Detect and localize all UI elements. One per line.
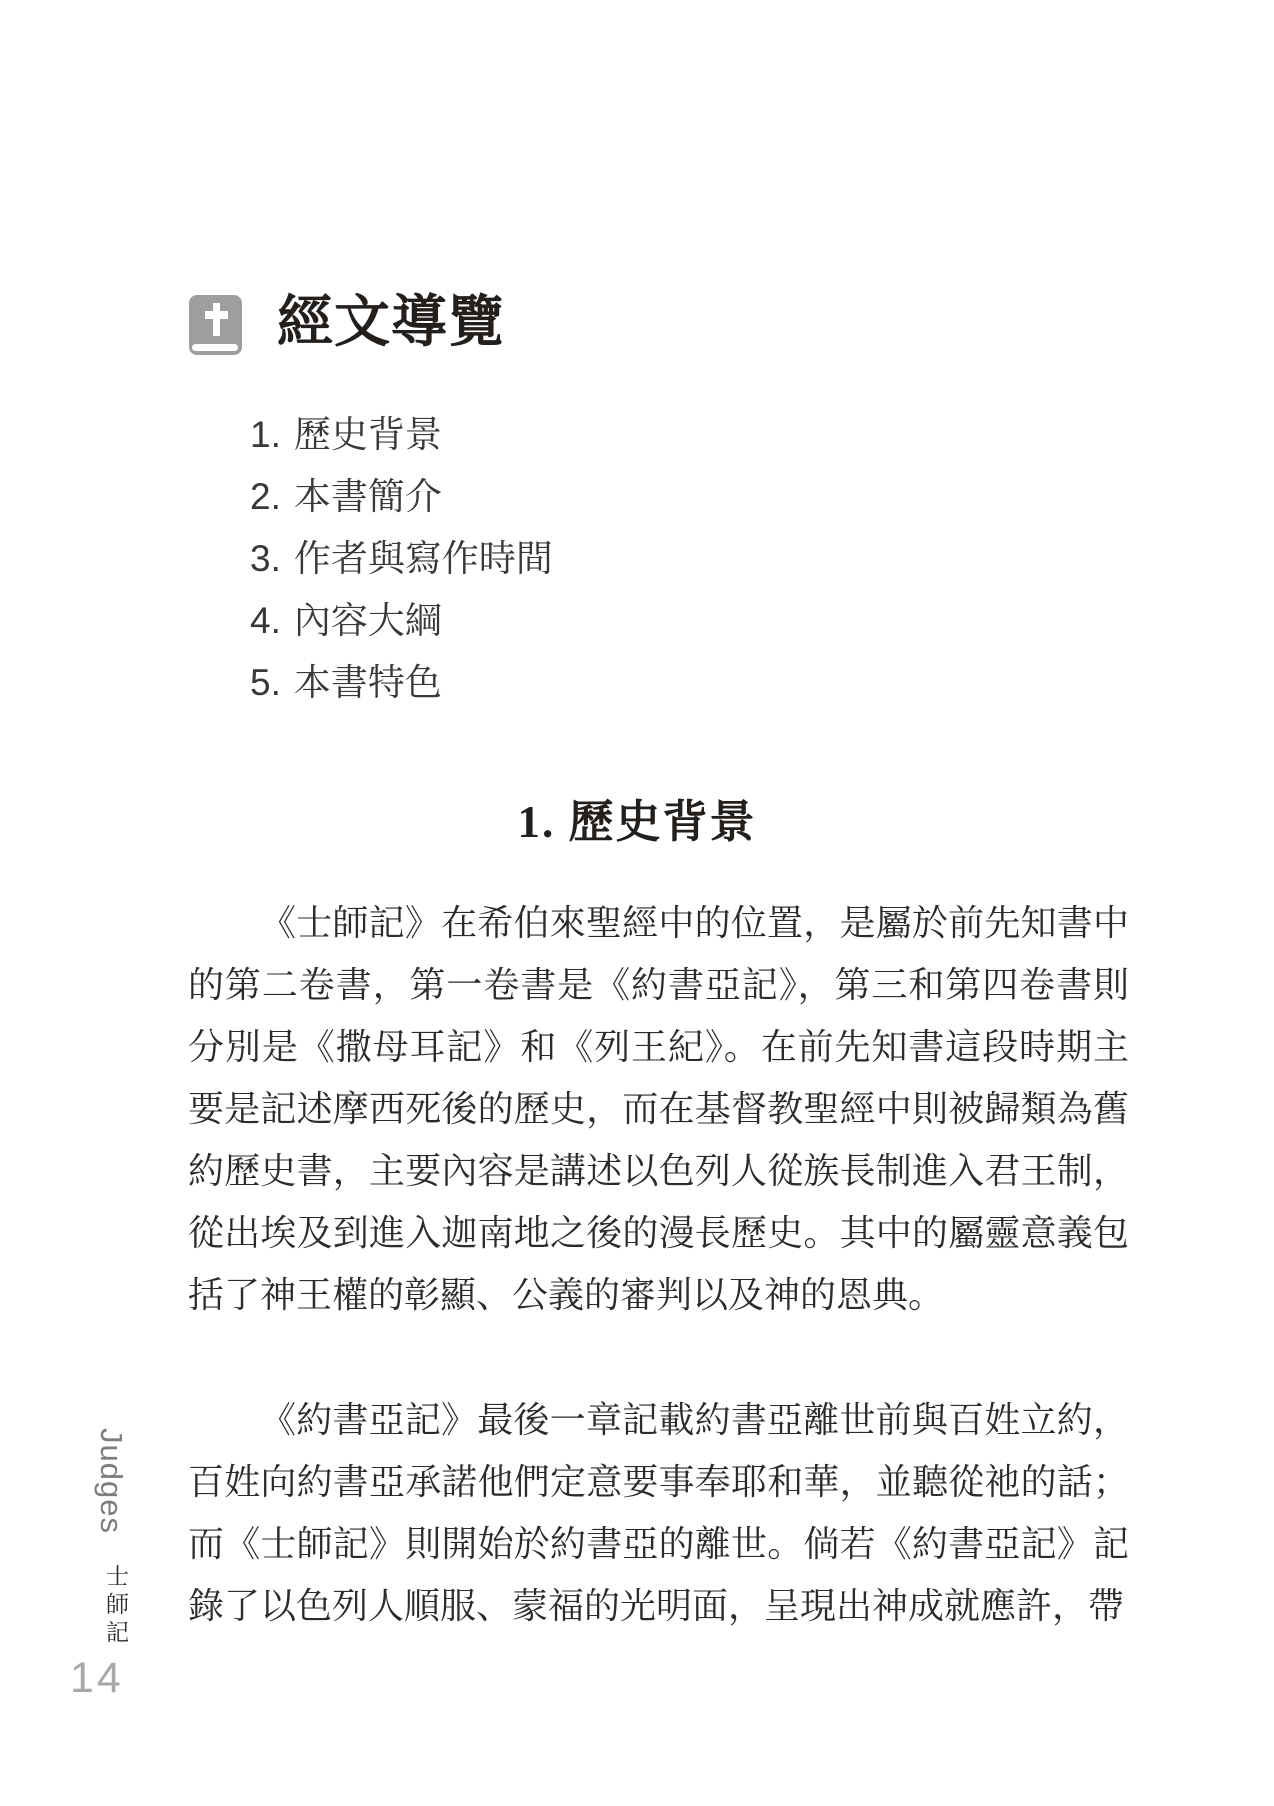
toc-item-number: 3. [250,528,281,590]
bible-book-cross-icon [189,295,242,355]
toc-item-3: 3.作者與寫作時間 [250,528,553,590]
sidebar-book-title-english: Judges [93,1428,129,1534]
book-pages-stripe [190,342,240,353]
table-of-contents: 1.歷史背景 2.本書簡介 3.作者與寫作時間 4.內容大綱 5.本書特色 [250,404,553,714]
book-page: 經文導覽 1.歷史背景 2.本書簡介 3.作者與寫作時間 4.內容大綱 5.本書… [0,0,1274,1806]
toc-item-label: 本書簡介 [294,476,442,517]
toc-item-number: 2. [250,466,281,528]
page-number: 14 [70,1654,124,1703]
toc-item-1: 1.歷史背景 [250,404,553,466]
cross-icon-horizontal-bar [205,311,228,319]
body-paragraph-2: 《約書亞記》最後一章記載約書亞離世前與百姓立約，百姓向約書亞承諾他們定意要事奉耶… [188,1389,1129,1637]
toc-item-label: 本書特色 [294,662,442,703]
body-paragraph-1: 《士師記》在希伯來聖經中的位置，是屬於前先知書中的第二卷書，第一卷書是《約書亞記… [188,892,1129,1326]
toc-item-4: 4.內容大綱 [250,590,553,652]
toc-item-5: 5.本書特色 [250,652,553,714]
toc-item-number: 5. [250,652,281,714]
toc-item-2: 2.本書簡介 [250,466,553,528]
sidebar-book-title-chinese: 士師記 [100,1564,133,1648]
toc-item-number: 4. [250,590,281,652]
page-title: 經文導覽 [277,291,505,355]
cross-icon-vertical-bar [213,303,220,336]
toc-item-number: 1. [250,404,281,466]
toc-item-label: 作者與寫作時間 [294,538,553,579]
toc-item-label: 歷史背景 [294,414,442,455]
toc-item-label: 內容大綱 [294,600,442,641]
section-heading: 1. 歷史背景 [0,796,1274,848]
body-text-block: 《士師記》在希伯來聖經中的位置，是屬於前先知書中的第二卷書，第一卷書是《約書亞記… [188,892,1129,1637]
